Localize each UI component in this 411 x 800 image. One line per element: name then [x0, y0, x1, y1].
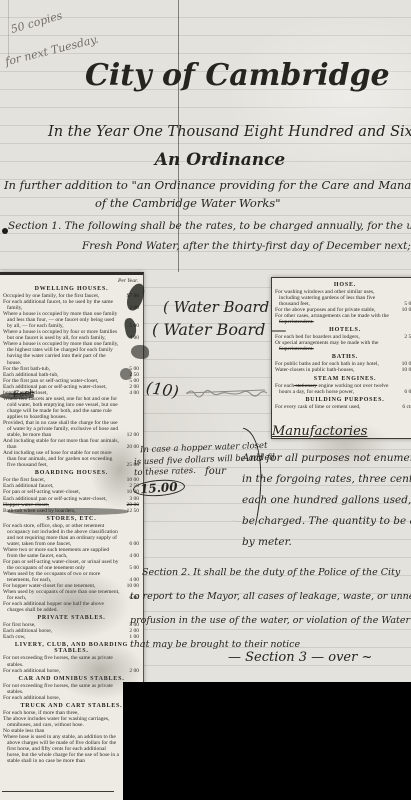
- rate-text: For other cases, arrangements can be mad…: [275, 313, 389, 325]
- stain: [20, 570, 130, 640]
- rate-price: 6 cts.: [402, 404, 411, 410]
- section2-paragraph: Section 2. It shall be the duty of the P…: [130, 561, 411, 657]
- rate-text: Provided, that in no case shall the char…: [3, 420, 118, 438]
- rate-line: For each store, office, shop, or other t…: [3, 523, 140, 547]
- handwritten-line: in the forgoing rates, three cents for: [242, 469, 411, 490]
- illegible-pencil-note: [185, 384, 267, 400]
- rate-text: For each additional horse,: [3, 668, 60, 674]
- clipping-section: HOSE.For washing windows and other simil…: [275, 282, 411, 325]
- right-rate-clipping: HOSE.For washing windows and other simil…: [271, 277, 411, 439]
- rate-line: The above includes water for washing car…: [3, 716, 140, 728]
- clipping-section-heading: DWELLING HOUSES.: [3, 286, 140, 292]
- rate-price: 12 50: [127, 508, 139, 514]
- ink-smear: [8, 508, 128, 515]
- manufactories-title: Manufactories: [272, 424, 367, 439]
- clipping-section-heading: STEAM ENGINES.: [275, 376, 411, 382]
- handwritten-line: And for all purposes not enumerated: [242, 448, 411, 469]
- rate-line: For other cases, arrangements can be mad…: [275, 313, 411, 325]
- document-scan: 50 copies for next Tuesday. City of Camb…: [0, 0, 411, 800]
- hopper-note-four: four: [205, 466, 226, 477]
- rate-line: Where two faucets are used, one for hot …: [3, 396, 140, 420]
- rate-text: For each additional faucet, to be used b…: [3, 299, 113, 311]
- rate-text: Each cow,: [3, 634, 26, 640]
- rate-text: Where two faucets are used, one for hot …: [3, 396, 118, 420]
- rate-price: 6 00: [404, 389, 411, 395]
- clipping-section-heading: HOSE.: [275, 282, 411, 288]
- handwritten-line: by meter.: [242, 532, 411, 553]
- manufactories-paragraph: And for all purposes not enumeratedin th…: [242, 448, 411, 553]
- rate-text: Or special arrangements may be made with…: [275, 340, 378, 352]
- clipping-section: BATHS.For public baths and for each bath…: [275, 354, 411, 373]
- ink-blot: [131, 345, 149, 359]
- handwritten-line: be charged. The quantity to be ascertain…: [242, 511, 411, 532]
- rate-text: Where a house is occupied by more than o…: [3, 311, 117, 329]
- rate-text: Where a house is occupied by more than o…: [3, 341, 118, 365]
- clipping-section: HOTELS.For each bed for boarders and lod…: [275, 327, 411, 352]
- section1-line1: Section 1. The following shall be the ra…: [8, 220, 411, 232]
- per-year-label: Per Year.: [3, 278, 138, 284]
- water-board-note-2: ( Water Board —: [152, 320, 286, 339]
- rate-line: Where a house is occupied by more than o…: [3, 341, 140, 365]
- rate-line: Where a house is occupied by four or mor…: [3, 329, 140, 341]
- rate-line: For each stationary engine working not o…: [275, 383, 411, 395]
- clipping-bottom-rule: [2, 791, 114, 792]
- handwritten-line: profusion in the use of the water, or vi…: [130, 609, 411, 633]
- rate-line: Where hose is used in any stable, an add…: [3, 734, 140, 764]
- ordinance-title: An Ordinance: [110, 150, 330, 170]
- addition-line2: of the Cambridge Water Works": [95, 196, 280, 210]
- rate-line: Or special arrangements may be made with…: [275, 340, 411, 352]
- handwritten-line: each one hundred gallons used, shall: [242, 490, 411, 511]
- rate-line: For washing windows and other similar us…: [275, 289, 411, 307]
- clipping-section-heading: STORES, ETC.: [3, 516, 140, 522]
- rate-line: Water-closets in public bath-houses,10 0…: [275, 367, 411, 373]
- handwritten-line: to report to the Mayor, all cases of lea…: [130, 585, 411, 609]
- rate-text: For washing windows and other similar us…: [275, 289, 375, 307]
- clipping-section: BUILDING PURPOSES.For every cask of lime…: [275, 397, 411, 410]
- addition-line1: In further addition to "an Ordinance pro…: [4, 178, 411, 192]
- rate-line: For every cask of lime or cement used,6 …: [275, 404, 411, 410]
- rate-text: For pan or self-acting water-closet, or …: [3, 559, 119, 571]
- rate-line: Where a house is occupied by more than o…: [3, 311, 140, 329]
- ten-mark: (10): [145, 378, 180, 401]
- rate-text: For each store, office, shop, or other t…: [3, 523, 118, 547]
- rate-text: Water-closets in public bath-houses,: [275, 367, 354, 373]
- document-title: City of Cambridge: [85, 58, 385, 93]
- edge-rule-line: [8, 0, 9, 60]
- rate-text: For each additional horse,: [3, 695, 60, 701]
- rate-text: Where a house is occupied by four or mor…: [3, 329, 117, 341]
- hopper-note-line3: to these rates.: [134, 466, 196, 478]
- ink-blot: [120, 368, 132, 380]
- rate-text: For each stationary engine working not o…: [275, 383, 389, 395]
- struck-word: stationary: [294, 383, 317, 389]
- rate-text: The above includes water for washing car…: [3, 716, 109, 728]
- rate-text: For every cask of lime or cement used,: [275, 404, 361, 410]
- rate-price: 10 00: [402, 367, 411, 373]
- rate-line: Where two or more such tenements are sup…: [3, 547, 140, 559]
- rate-line: For each additional faucet, to be used b…: [3, 299, 140, 311]
- clipping-section-heading: BATHS.: [275, 354, 411, 360]
- struck-word: Superintendent.: [279, 346, 314, 352]
- section3-over-note: — Section 3 — over ~: [228, 650, 372, 665]
- clipping-section-heading: HOTELS.: [275, 327, 411, 333]
- clipping-section-heading: TRUCK AND CART STABLES.: [3, 703, 140, 709]
- clipping-section: TRUCK AND CART STABLES.For each horse, i…: [3, 703, 140, 764]
- rate-text: Where hose is used in any stable, an add…: [3, 734, 119, 764]
- handwritten-line: Section 2. It shall be the duty of the P…: [142, 561, 411, 585]
- water-board-note-1: ( Water Board: [163, 298, 269, 316]
- year-line: In the Year One Thousand Eight Hundred a…: [48, 124, 398, 140]
- redaction-block: [123, 682, 411, 800]
- clipping-section: STEAM ENGINES.For each stationary engine…: [275, 376, 411, 395]
- pencil-note-line1: 50 copies: [9, 9, 64, 36]
- rate-text: Where two or more such tenements are sup…: [3, 547, 109, 559]
- clipping-section-heading: BUILDING PURPOSES.: [275, 397, 411, 403]
- section1-line2: Fresh Pond Water, after the thirty-first…: [82, 240, 411, 252]
